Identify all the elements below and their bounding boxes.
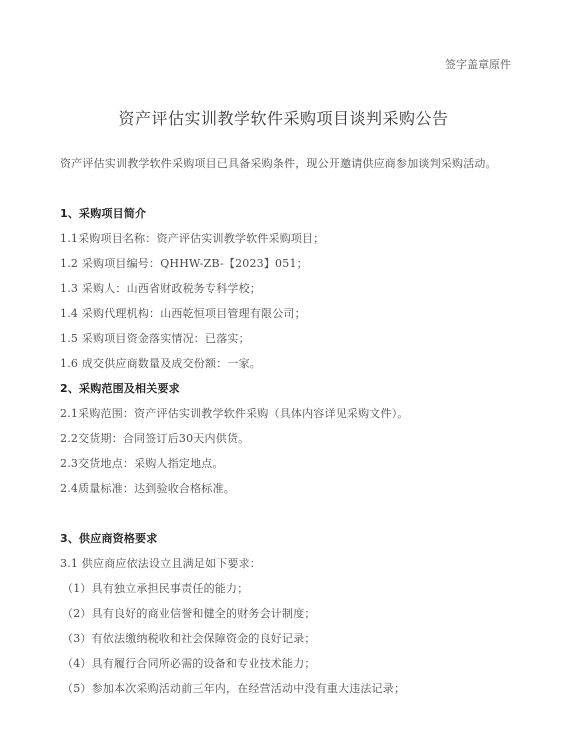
section-2-heading: 2、采购范围及相关要求	[60, 382, 180, 396]
section-1-item: 1.3 采购人：山西省财政税务专科学校；	[60, 282, 261, 296]
section-2-item: 2.2交货期：合同签订后30天内供货。	[60, 432, 249, 446]
section-3-item: （1）具有独立承担民事责任的能力；	[62, 582, 248, 596]
section-1-item: 1.2 采购项目编号：QHHW-ZB-【2023】051；	[60, 257, 308, 271]
section-3-item: （5）参加本次采购活动前三年内，在经营活动中没有重大违法记录；	[62, 682, 405, 696]
intro-paragraph: 资产评估实训教学软件采购项目已具备采购条件，现公开邀请供应商参加谈判采购活动。	[60, 157, 497, 171]
section-1-item: 1.5 采购项目资金落实情况：已落实；	[60, 332, 250, 346]
section-3-item: （4）具有履行合同所必需的设备和专业技术能力；	[62, 657, 316, 671]
section-1-item: 1.1采购项目名称：资产评估实训教学软件采购项目；	[60, 232, 325, 246]
page-title: 资产评估实训教学软件采购项目谈判采购公告	[0, 106, 567, 129]
stamp-note: 签字盖章原件	[445, 56, 511, 72]
section-1-heading: 1、采购项目简介	[60, 207, 146, 221]
section-1-item: 1.6 成交供应商数量及成交份额：一家。	[60, 357, 261, 371]
section-1-item: 1.4 采购代理机构：山西乾恒项目管理有限公司；	[60, 307, 306, 321]
section-3-heading: 3、供应商资格要求	[60, 532, 157, 546]
section-3-item: 3.1 供应商应依法设立且满足如下要求：	[60, 557, 261, 571]
section-3-item: （3）有依法缴纳税收和社会保障资金的良好记录；	[62, 632, 316, 646]
section-3-item: （2）具有良好的商业信誉和健全的财务会计制度；	[62, 607, 316, 621]
section-2-item: 2.3交货地点：采购人指定地点。	[60, 457, 224, 471]
section-2-item: 2.1采购范围：资产评估实训教学软件采购（具体内容详见采购文件）。	[60, 407, 409, 421]
section-2-item: 2.4质量标准：达到验收合格标准。	[60, 482, 235, 496]
